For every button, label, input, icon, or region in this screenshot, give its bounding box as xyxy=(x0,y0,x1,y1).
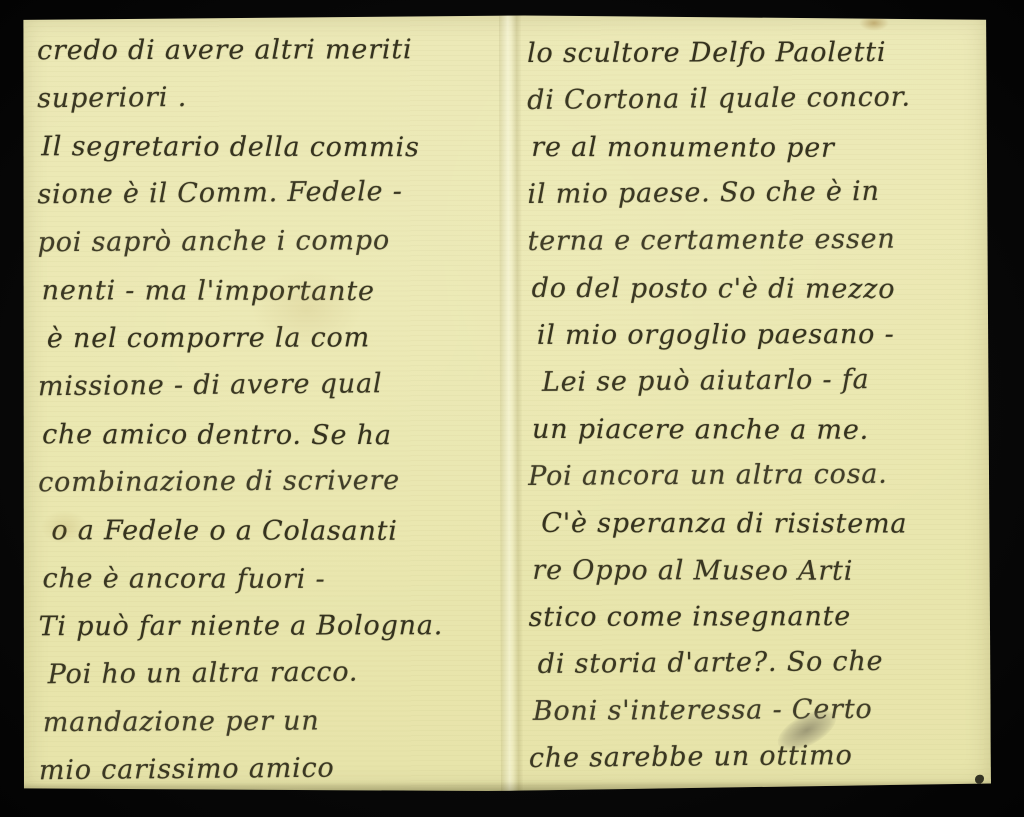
handwritten-line: un piacere anche a me. xyxy=(532,406,990,454)
handwritten-line: combinazione di scrivere xyxy=(38,456,502,507)
handwritten-line: Lei se può aiutarlo - fa xyxy=(542,355,990,406)
handwritten-line: Il segretario della commis xyxy=(41,123,501,172)
handwritten-line: terna e certamente essen xyxy=(527,215,989,265)
handwritten-line: che sarebbe un ottimo xyxy=(529,731,991,782)
handwritten-line: re al monumento per xyxy=(531,124,989,172)
handwritten-line: il mio orgoglio paesano - xyxy=(537,311,990,359)
handwritten-line: Poi ho un altra racco. xyxy=(48,647,503,699)
letter-scan-paper: credo di avere altri meriti superiori . … xyxy=(21,13,991,793)
handwritten-line: lo scultore Delfo Paoletti xyxy=(527,29,989,77)
handwritten-line: poi saprò anche i compo xyxy=(37,216,501,267)
handwritten-line: do del posto c'è di mezzo xyxy=(532,265,990,313)
handwritten-line: che amico dentro. Se ha xyxy=(42,411,502,460)
handwritten-line: mandazione per un xyxy=(43,696,503,747)
handwritten-line: Poi ancora un altra cosa. xyxy=(528,450,990,500)
page-left: credo di avere altri meriti superiori . … xyxy=(21,14,507,792)
handwritten-line: è nel comporre la com xyxy=(47,314,502,363)
paper-edge-shadow xyxy=(23,780,991,793)
handwritten-line: superiori . xyxy=(37,71,501,123)
scanner-background: credo di avere altri meriti superiori . … xyxy=(0,0,1024,817)
handwritten-line: credo di avere altri meriti xyxy=(37,26,501,75)
handwritten-line: di Cortona il quale concor. xyxy=(527,73,989,124)
handwritten-line: Ti può far niente a Bologna. xyxy=(39,602,503,651)
handwritten-line: stico come insegnante xyxy=(529,593,991,641)
handwritten-line: nenti - ma l'importante xyxy=(42,267,502,316)
handwritten-line: re Oppo al Museo Arti xyxy=(532,547,990,595)
handwritten-line: sione è il Comm. Fedele - xyxy=(37,167,501,219)
handwritten-line: missione - di avere qual xyxy=(38,359,502,411)
handwritten-line: Boni s'interessa - Certo xyxy=(533,685,991,735)
handwritten-line: di storia d'arte?. So che xyxy=(537,637,990,688)
handwritten-line: o a Fedele o a Colasanti xyxy=(51,507,502,556)
handwritten-line: il mio paese. So che è in xyxy=(527,167,989,218)
handwritten-line: C'è speranza di risistema xyxy=(541,500,990,548)
page-right: lo scultore Delfo Paoletti di Cortona il… xyxy=(509,13,995,791)
handwritten-line: che è ancora fuori - xyxy=(42,555,502,604)
